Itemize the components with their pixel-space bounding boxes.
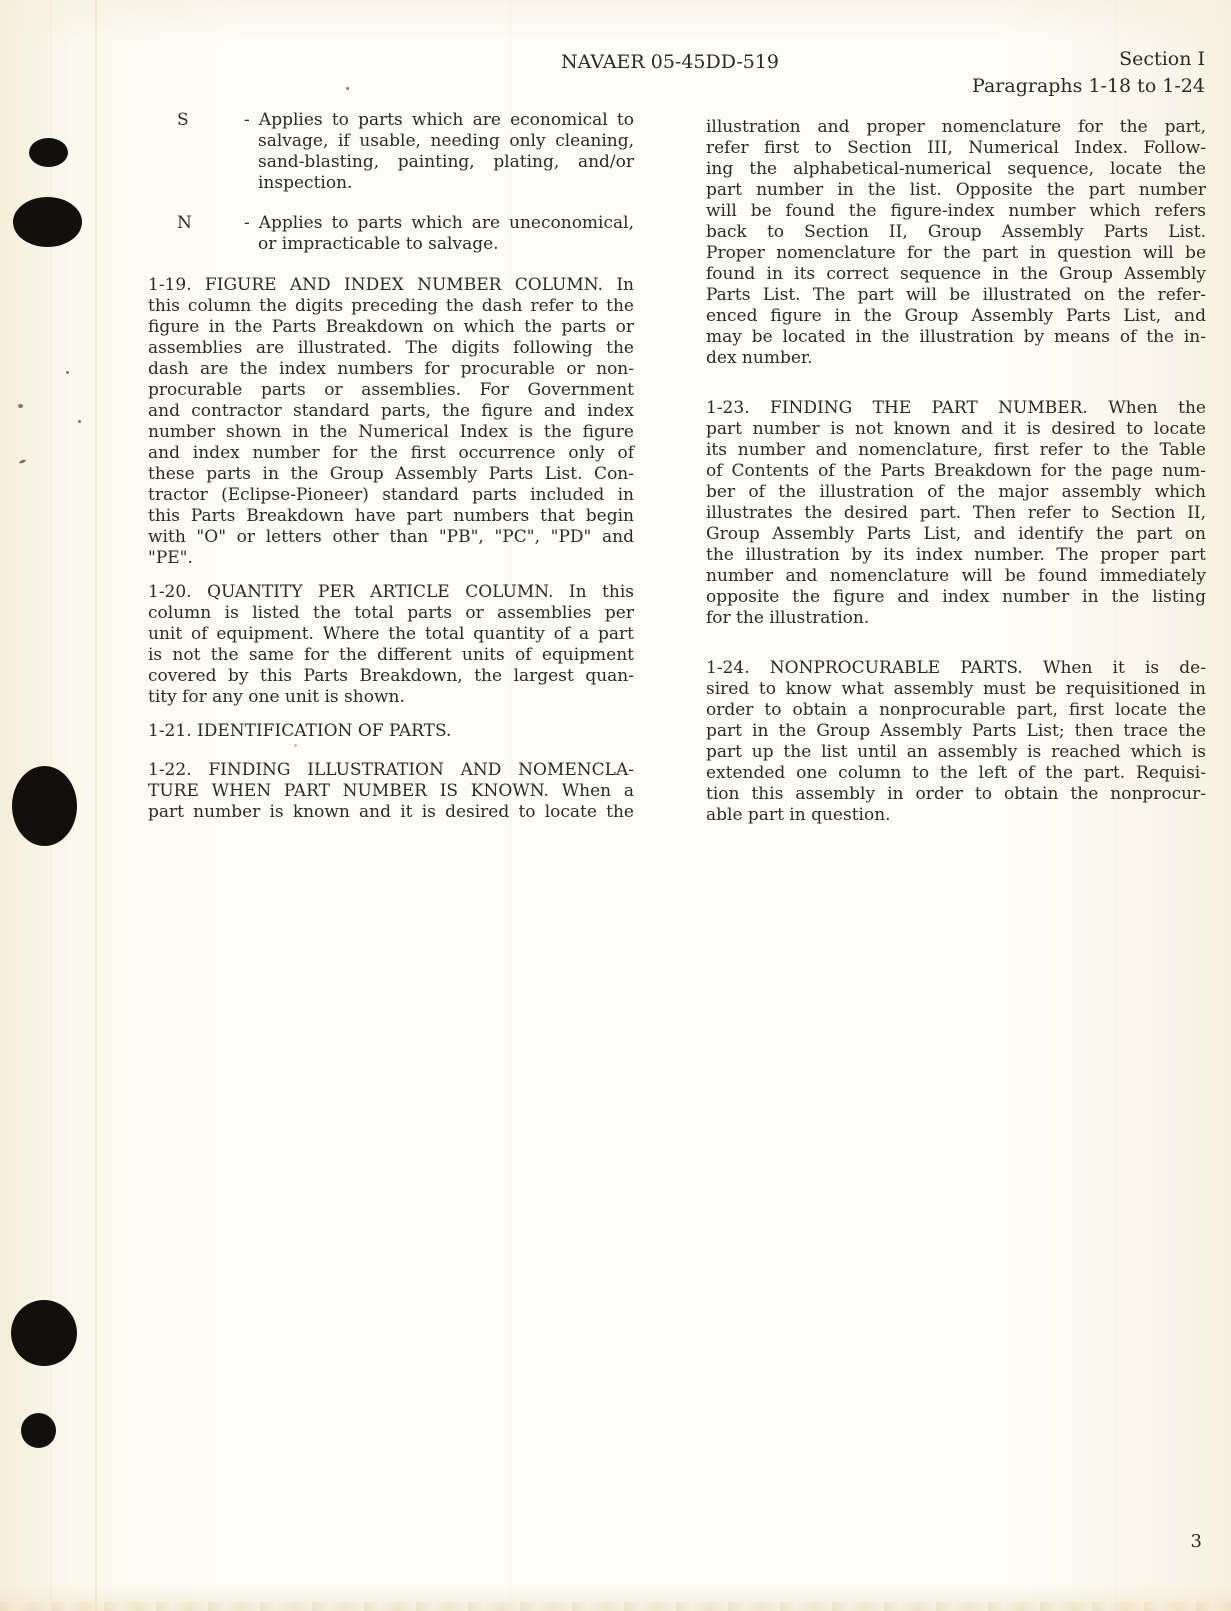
text-line: refer first to Section III, Numerical In… [706, 138, 1206, 159]
text-line: part up the list until an assembly is re… [706, 742, 1206, 763]
text-line: 1-22. FINDING ILLUSTRATION AND NOMENCLA- [148, 760, 634, 781]
text-line: for the illustration. [706, 608, 1206, 629]
text-line: its number and nomenclature, first refer… [706, 440, 1206, 461]
text-line: and index number for the first occurrenc… [148, 443, 634, 464]
text-line: extended one column to the left of the p… [706, 763, 1206, 784]
text-line: tity for any one unit is shown. [148, 687, 634, 708]
right-text-column: illustration and proper nomenclature for… [706, 117, 1206, 826]
binder-hole-mark [12, 766, 77, 846]
scan-bottom-edge [0, 1602, 1231, 1611]
paragraph-1-20: 1-20. QUANTITY PER ARTICLE COLUMN. In th… [148, 582, 634, 708]
definition-code: S [177, 110, 189, 131]
definition-lines: - Applies to parts which are uneconomica… [258, 213, 634, 255]
scan-speck [18, 404, 23, 408]
text-line: opposite the figure and index number in … [706, 587, 1206, 608]
left-text-column: S - Applies to parts which are economica… [148, 110, 634, 823]
text-line: may be located in the illustration by me… [706, 327, 1206, 348]
text-line: found in its correct sequence in the Gro… [706, 264, 1206, 285]
text-line: dash are the index numbers for procurabl… [148, 359, 634, 380]
paper-crease-line [95, 0, 97, 1611]
paragraph-1-23: 1-23. FINDING THE PART NUMBER. When thep… [706, 398, 1206, 629]
text-line: Parts List. The part will be illustrated… [706, 285, 1206, 306]
text-line: number shown in the Numerical Index is t… [148, 422, 634, 443]
text-line: sand-blasting, painting, plating, and/or [258, 152, 634, 173]
scan-speck [294, 744, 297, 747]
text-line: Group Assembly Parts List, and identify … [706, 524, 1206, 545]
text-line: back to Section II, Group Assembly Parts… [706, 222, 1206, 243]
text-line: ing the alphabetical-numerical sequence,… [706, 159, 1206, 180]
text-line: part number is known and it is desired t… [148, 802, 634, 823]
scan-speck [19, 459, 27, 464]
text-line: procurable parts or assemblies. For Gove… [148, 380, 634, 401]
binder-hole-mark [11, 1300, 77, 1366]
text-line: inspection. [258, 173, 634, 194]
text-line: 1-24. NONPROCURABLE PARTS. When it is de… [706, 658, 1206, 679]
text-line: TURE WHEN PART NUMBER IS KNOWN. When a [148, 781, 634, 802]
text-line: these parts in the Group Assembly Parts … [148, 464, 634, 485]
text-line: - Applies to parts which are economical … [258, 110, 634, 131]
text-line: or impracticable to salvage. [258, 234, 634, 255]
definition-item-n: N - Applies to parts which are uneconomi… [148, 213, 634, 255]
definition-item-s: S - Applies to parts which are economica… [148, 110, 634, 194]
text-line: covered by this Parts Breakdown, the lar… [148, 666, 634, 687]
binder-hole-mark [13, 197, 82, 247]
paragraph-1-22-continued: illustration and proper nomenclature for… [706, 117, 1206, 369]
paragraph-1-22: 1-22. FINDING ILLUSTRATION AND NOMENCLA-… [148, 760, 634, 823]
text-line: number and nomenclature will be found im… [706, 566, 1206, 587]
text-line: unit of equipment. Where the total quant… [148, 624, 634, 645]
text-line: dex number. [706, 348, 1206, 369]
page-number: 3 [1191, 1531, 1202, 1552]
text-line: 1-21. IDENTIFICATION OF PARTS. [148, 721, 634, 742]
text-line: is not the same for the different units … [148, 645, 634, 666]
text-line: part number in the list. Opposite the pa… [706, 180, 1206, 201]
binder-hole-mark [29, 138, 68, 167]
text-line: sired to know what assembly must be requ… [706, 679, 1206, 700]
definition-lines: - Applies to parts which are economical … [258, 110, 634, 194]
text-line: will be found the figure-index number wh… [706, 201, 1206, 222]
text-line: 1-19. FIGURE AND INDEX NUMBER COLUMN. In [148, 275, 634, 296]
text-line: and contractor standard parts, the figur… [148, 401, 634, 422]
text-line: 1-23. FINDING THE PART NUMBER. When the [706, 398, 1206, 419]
paragraph-1-21: 1-21. IDENTIFICATION OF PARTS. [148, 721, 634, 742]
text-line: this Parts Breakdown have part numbers t… [148, 506, 634, 527]
text-line: illustrates the desired part. Then refer… [706, 503, 1206, 524]
text-line: - Applies to parts which are uneconomica… [258, 213, 634, 234]
scan-speck [78, 420, 81, 423]
text-line: the illustration by its index number. Th… [706, 545, 1206, 566]
paragraph-1-24: 1-24. NONPROCURABLE PARTS. When it is de… [706, 658, 1206, 826]
text-line: able part in question. [706, 805, 1206, 826]
header-section-label: Section I [1119, 48, 1205, 70]
text-line: part number is not known and it is desir… [706, 419, 1206, 440]
text-line: this column the digits preceding the das… [148, 296, 634, 317]
text-line: order to obtain a nonprocurable part, fi… [706, 700, 1206, 721]
text-line: enced figure in the Group Assembly Parts… [706, 306, 1206, 327]
text-line: tractor (Eclipse-Pioneer) standard parts… [148, 485, 634, 506]
scanned-manual-page: NAVAER 05-45DD-519 Section I Paragraphs … [0, 0, 1231, 1611]
scan-speck [66, 371, 69, 374]
text-line: ber of the illustration of the major ass… [706, 482, 1206, 503]
text-line: figure in the Parts Breakdown on which t… [148, 317, 634, 338]
text-line: part in the Group Assembly Parts List; t… [706, 721, 1206, 742]
text-line: 1-20. QUANTITY PER ARTICLE COLUMN. In th… [148, 582, 634, 603]
text-line: tion this assembly in order to obtain th… [706, 784, 1206, 805]
text-line: column is listed the total parts or asse… [148, 603, 634, 624]
paragraph-1-19: 1-19. FIGURE AND INDEX NUMBER COLUMN. In… [148, 275, 634, 569]
binder-hole-mark [21, 1413, 56, 1448]
header-doc-number: NAVAER 05-45DD-519 [470, 51, 870, 73]
text-line: Proper nomenclature for the part in ques… [706, 243, 1206, 264]
text-line: with "O" or letters other than "PB", "PC… [148, 527, 634, 548]
text-line: "PE". [148, 548, 634, 569]
text-line: assemblies are illustrated. The digits f… [148, 338, 634, 359]
text-line: of Contents of the Parts Breakdown for t… [706, 461, 1206, 482]
text-line: illustration and proper nomenclature for… [706, 117, 1206, 138]
text-line: salvage, if usable, needing only cleanin… [258, 131, 634, 152]
header-paragraph-range: Paragraphs 1-18 to 1-24 [972, 75, 1205, 97]
scan-speck [346, 87, 349, 90]
definition-code: N [177, 213, 192, 234]
